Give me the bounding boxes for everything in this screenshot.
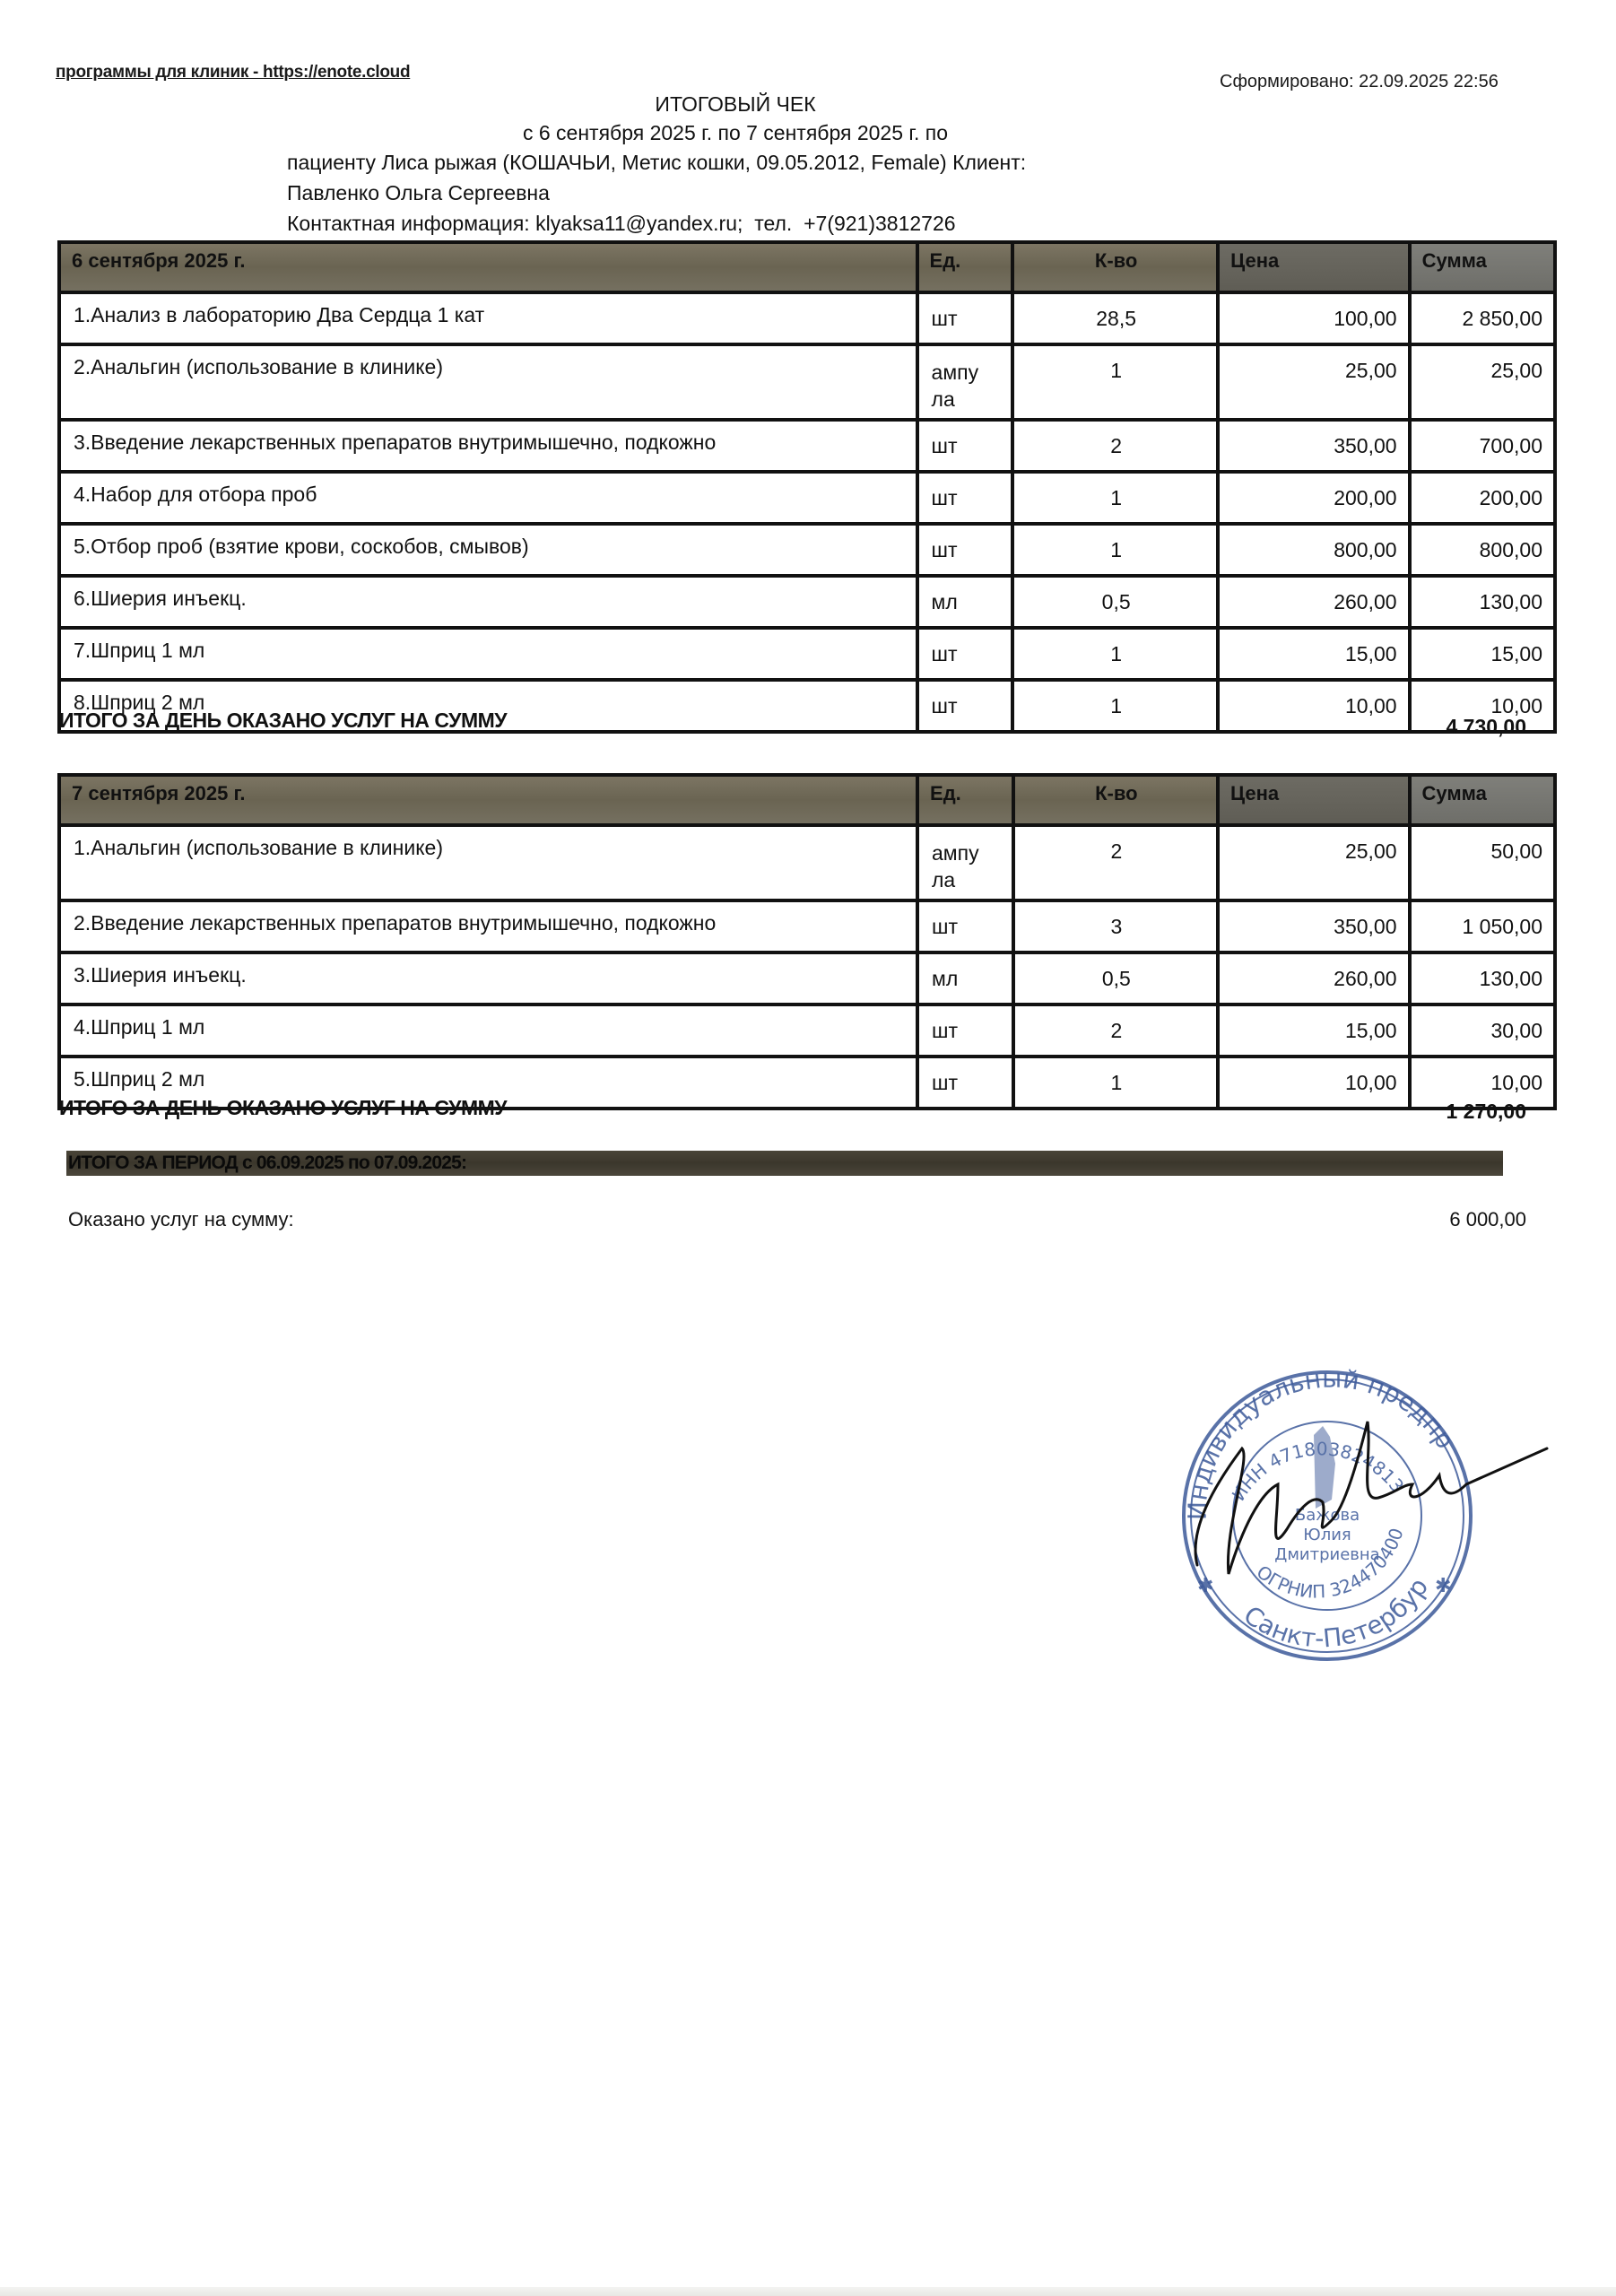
service-name: 6.Шиерия инъекц.	[59, 576, 917, 628]
table-row: 6.Шиерия инъекц.мл0,5260,00130,00	[59, 576, 1555, 628]
service-name: 7.Шприц 1 мл	[59, 628, 917, 680]
table-row: 4.Шприц 1 млшт215,0030,00	[59, 1004, 1555, 1057]
col-qty-header: К-во	[1012, 242, 1218, 292]
service-name: 4.Набор для отбора проб	[59, 472, 917, 524]
qty-cell: 0,5	[1012, 576, 1218, 628]
unit-cell: шт	[917, 524, 1013, 576]
table-row: 3.Шиерия инъекц.мл0,5260,00130,00	[59, 952, 1555, 1004]
qty-cell: 2	[1012, 420, 1218, 472]
period-total-bar: ИТОГО ЗА ПЕРИОД с 06.09.2025 по 07.09.20…	[66, 1151, 1503, 1176]
unit-cell: ампула	[917, 344, 1013, 420]
day-total-label: ИТОГО ЗА ДЕНЬ ОКАЗАНО УСЛУГ НА СУММУ	[59, 709, 507, 733]
service-name: 1.Анальгин (использование в клинике)	[59, 825, 917, 900]
qty-cell: 1	[1012, 344, 1218, 420]
generated-timestamp: Сформировано: 22.09.2025 22:56	[1220, 72, 1499, 92]
price-cell: 10,00	[1218, 1057, 1409, 1109]
price-cell: 100,00	[1218, 292, 1409, 344]
generated-at: 22.09.2025 22:56	[1359, 72, 1499, 91]
table-row: 1.Анализ в лабораторию Два Сердца 1 катш…	[59, 292, 1555, 344]
table-row: 4.Набор для отбора пробшт1200,00200,00	[59, 472, 1555, 524]
unit-cell: мл	[917, 952, 1013, 1004]
qty-cell: 1	[1012, 472, 1218, 524]
price-cell: 25,00	[1218, 344, 1409, 420]
sum-cell: 800,00	[1410, 524, 1555, 576]
receipt-header: ИТОГОВЫЙ ЧЕК с 6 сентября 2025 г. по 7 с…	[287, 90, 1184, 147]
service-name: 1.Анализ в лабораторию Два Сердца 1 кат	[59, 292, 917, 344]
price-cell: 260,00	[1218, 952, 1409, 1004]
sum-cell: 50,00	[1410, 825, 1555, 900]
service-name: 3.Шиерия инъекц.	[59, 952, 917, 1004]
col-sum-header: Сумма	[1410, 242, 1555, 292]
patient-info: пациенту Лиса рыжая (КОШАЧЬИ, Метис кошк…	[287, 147, 1026, 239]
contact-line: Контактная информация: klyaksa11@yandex.…	[287, 208, 1026, 239]
sum-cell: 200,00	[1410, 472, 1555, 524]
unit-cell: шт	[917, 680, 1013, 732]
price-cell: 10,00	[1218, 680, 1409, 732]
price-cell: 350,00	[1218, 900, 1409, 952]
svg-text:Юлия: Юлия	[1303, 1526, 1351, 1544]
generated-label: Сформировано:	[1220, 72, 1354, 91]
contact-phone-label: тел.	[754, 212, 792, 235]
svg-text:Бажова: Бажова	[1295, 1506, 1360, 1525]
unit-cell: шт	[917, 472, 1013, 524]
col-unit-header: Ед.	[917, 775, 1013, 825]
svg-text:✱: ✱	[1435, 1575, 1451, 1597]
unit-cell: ампула	[917, 825, 1013, 900]
svg-text:✱: ✱	[1197, 1575, 1213, 1597]
table-row: 7.Шприц 1 млшт115,0015,00	[59, 628, 1555, 680]
receipt-period: с 6 сентября 2025 г. по 7 сентября 2025 …	[287, 118, 1184, 147]
day-total-value: 1 270,00	[1446, 1100, 1526, 1124]
contact-label: Контактная информация:	[287, 212, 530, 235]
stamp-seal-icon: Индивидуальный предприниматель Санкт-Пет…	[1143, 1350, 1565, 1673]
service-name: 2.Введение лекарственных препаратов внут…	[59, 900, 917, 952]
patient-line: пациенту Лиса рыжая (КОШАЧЬИ, Метис кошк…	[287, 147, 1026, 178]
price-cell: 25,00	[1218, 825, 1409, 900]
service-name: 5.Отбор проб (взятие крови, соскобов, см…	[59, 524, 917, 576]
unit-cell: шт	[917, 1004, 1013, 1057]
scan-edge	[0, 2287, 1616, 2296]
sum-cell: 700,00	[1410, 420, 1555, 472]
qty-cell: 1	[1012, 628, 1218, 680]
qty-cell: 1	[1012, 680, 1218, 732]
svg-text:Дмитриевна: Дмитриевна	[1274, 1545, 1379, 1564]
software-link[interactable]: программы для клиник - https://enote.clo…	[56, 63, 410, 83]
table-row: 1.Анальгин (использование в клинике)ампу…	[59, 825, 1555, 900]
col-price-header: Цена	[1218, 775, 1409, 825]
qty-cell: 0,5	[1013, 952, 1218, 1004]
table-row: 2.Введение лекарственных препаратов внут…	[59, 900, 1555, 952]
qty-cell: 2	[1013, 1004, 1218, 1057]
price-cell: 15,00	[1218, 1004, 1409, 1057]
service-name: 4.Шприц 1 мл	[59, 1004, 917, 1057]
table-row: 2.Анальгин (использование в клинике)ампу…	[59, 344, 1555, 420]
price-cell: 260,00	[1218, 576, 1409, 628]
day-date-header: 6 сентября 2025 г.	[59, 242, 917, 292]
price-cell: 800,00	[1218, 524, 1409, 576]
day-total-value: 4 730,00	[1446, 715, 1526, 739]
day-total-label: ИТОГО ЗА ДЕНЬ ОКАЗАНО УСЛУГ НА СУММУ	[59, 1096, 507, 1120]
table-row: 3.Введение лекарственных препаратов внут…	[59, 420, 1555, 472]
price-cell: 200,00	[1218, 472, 1409, 524]
table-row: 5.Отбор проб (взятие крови, соскобов, см…	[59, 524, 1555, 576]
receipt-title: ИТОГОВЫЙ ЧЕК	[287, 90, 1184, 118]
sum-cell: 25,00	[1410, 344, 1555, 420]
col-qty-header: К-во	[1013, 775, 1218, 825]
services-sum-value: 6 000,00	[1449, 1208, 1526, 1231]
unit-cell: шт	[917, 900, 1013, 952]
unit-cell: шт	[917, 1057, 1013, 1109]
price-cell: 15,00	[1218, 628, 1409, 680]
qty-cell: 2	[1013, 825, 1218, 900]
unit-cell: шт	[917, 420, 1013, 472]
col-unit-header: Ед.	[917, 242, 1013, 292]
sum-cell: 15,00	[1410, 628, 1555, 680]
period-total-label: ИТОГО ЗА ПЕРИОД с 06.09.2025 по 07.09.20…	[68, 1152, 466, 1173]
day-table-1: 6 сентября 2025 г. Ед. К-во Цена Сумма 1…	[57, 240, 1557, 734]
unit-cell: шт	[917, 628, 1013, 680]
sum-cell: 2 850,00	[1410, 292, 1555, 344]
qty-cell: 1	[1012, 524, 1218, 576]
qty-cell: 1	[1013, 1057, 1218, 1109]
day-table-2: 7 сентября 2025 г. Ед. К-во Цена Сумма 1…	[57, 773, 1557, 1110]
sum-cell: 1 050,00	[1410, 900, 1555, 952]
contact-phone: +7(921)3812726	[804, 212, 955, 235]
col-price-header: Цена	[1218, 242, 1409, 292]
services-sum-label: Оказано услуг на сумму:	[68, 1208, 294, 1231]
price-cell: 350,00	[1218, 420, 1409, 472]
unit-cell: шт	[917, 292, 1013, 344]
sum-cell: 130,00	[1410, 952, 1555, 1004]
col-sum-header: Сумма	[1410, 775, 1555, 825]
contact-email: klyaksa11@yandex.ru;	[535, 212, 743, 235]
day-date-header: 7 сентября 2025 г.	[59, 775, 917, 825]
sum-cell: 130,00	[1410, 576, 1555, 628]
service-name: 3.Введение лекарственных препаратов внут…	[59, 420, 917, 472]
service-name: 2.Анальгин (использование в клинике)	[59, 344, 917, 420]
qty-cell: 3	[1013, 900, 1218, 952]
sum-cell: 30,00	[1410, 1004, 1555, 1057]
qty-cell: 28,5	[1012, 292, 1218, 344]
client-name: Павленко Ольга Сергеевна	[287, 178, 1026, 208]
unit-cell: мл	[917, 576, 1013, 628]
